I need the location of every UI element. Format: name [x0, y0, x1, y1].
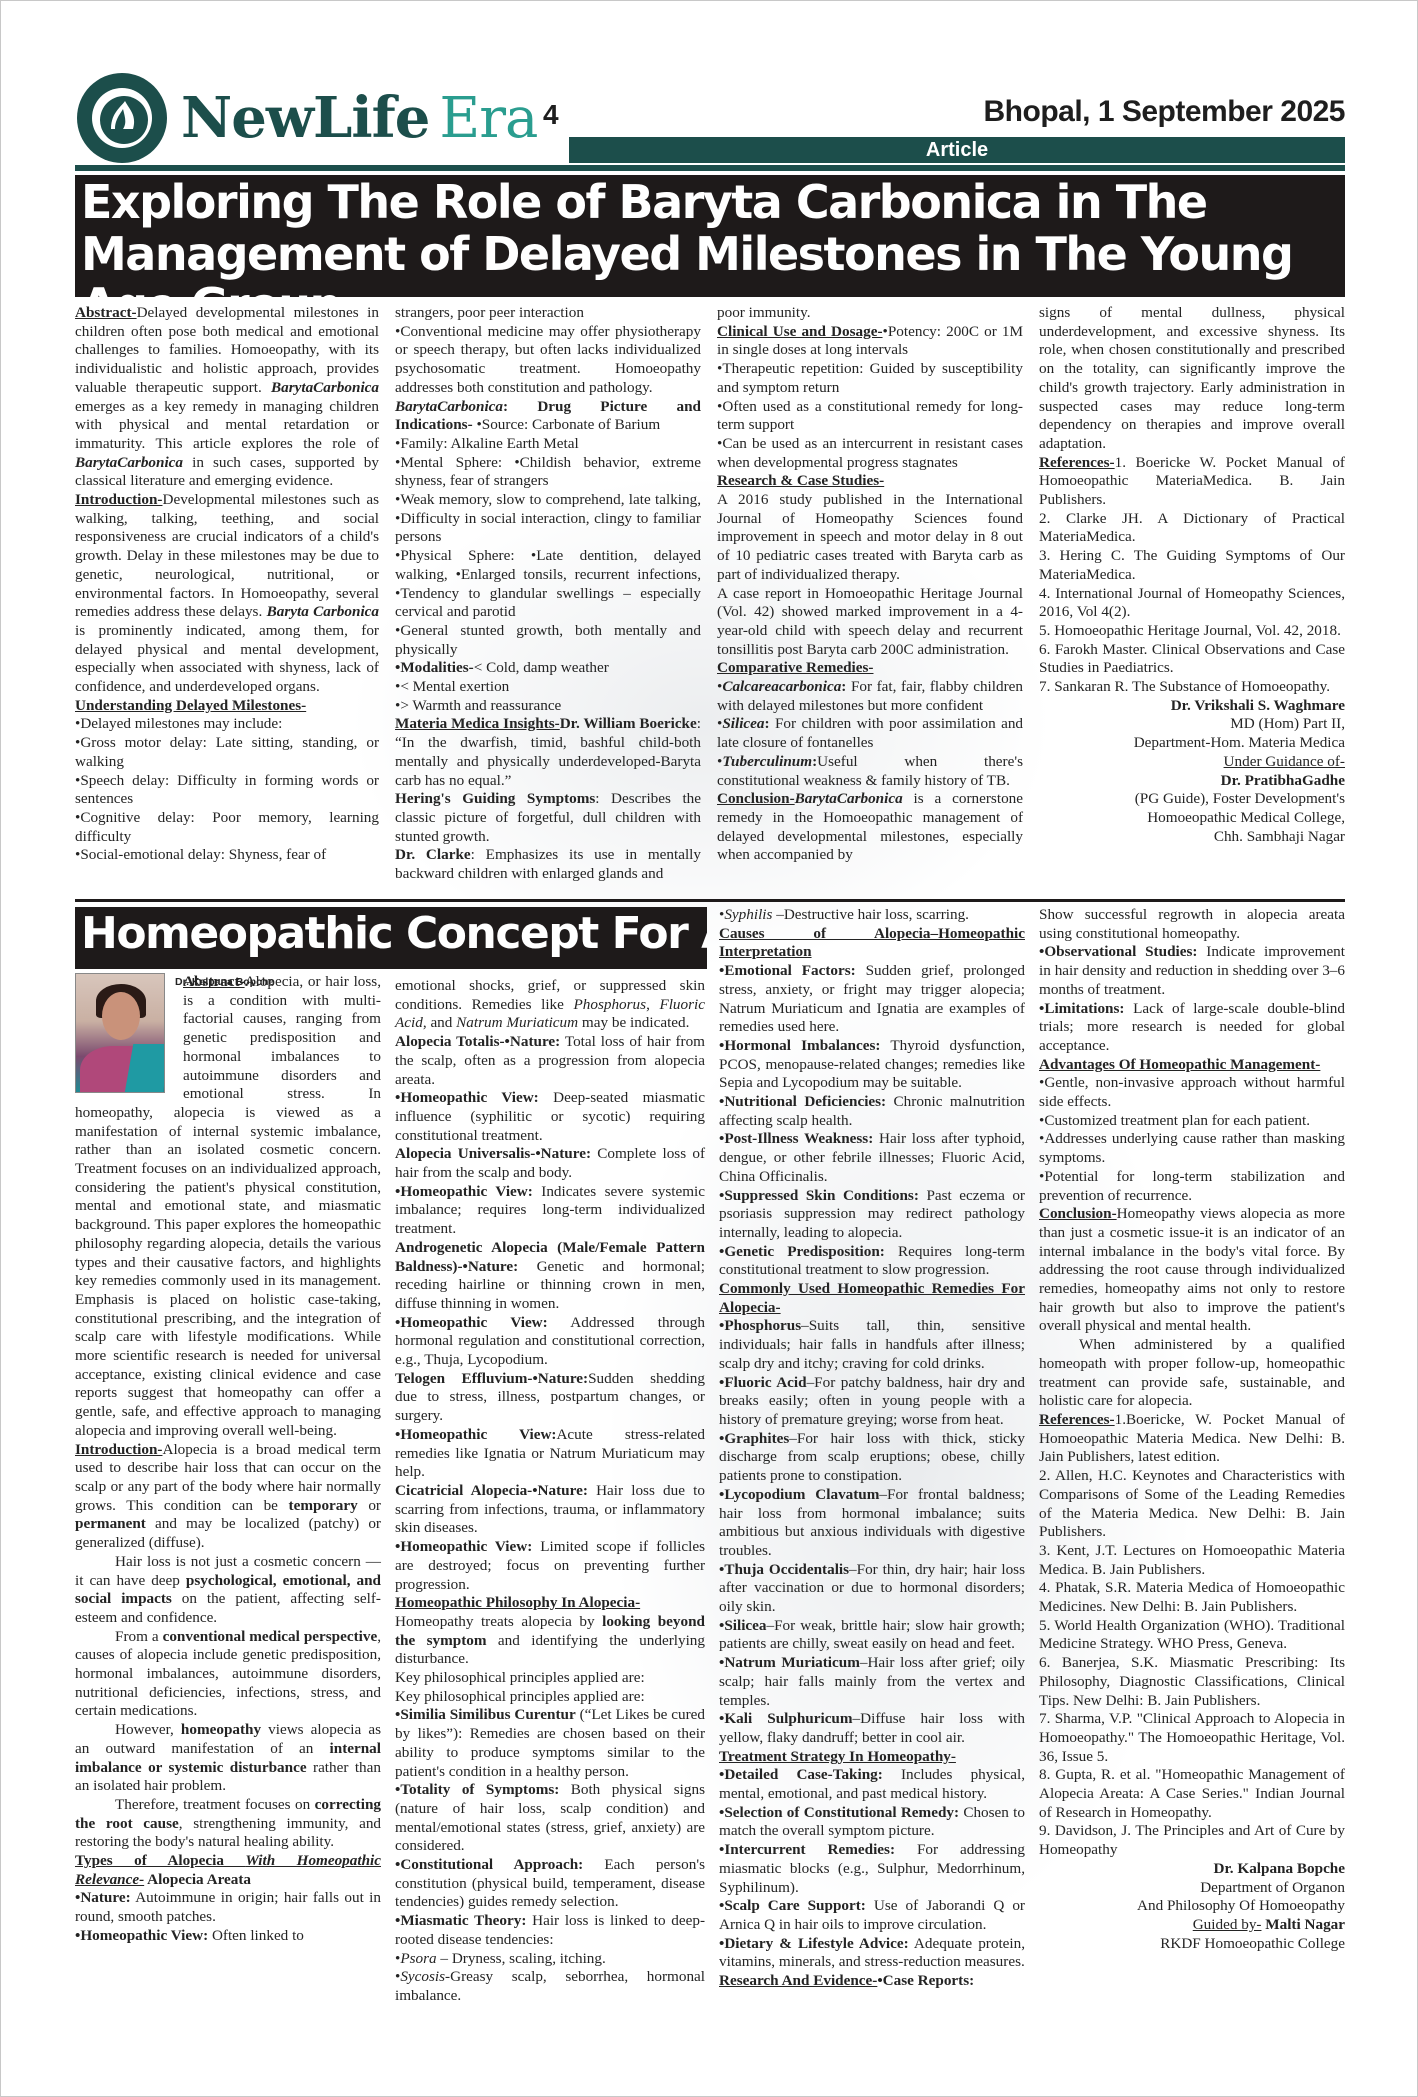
list-item: •Nature: Autoimmune in origin; hair fall… [75, 1889, 381, 1926]
masthead-rule [75, 165, 1345, 171]
research-item: A case report in Homoeopathic Heritage J… [717, 585, 1023, 660]
list-item: •Social-emotional delay: Shyness, fear o… [75, 846, 379, 865]
research-item: •Observational Studies: Indicate improve… [1039, 943, 1345, 999]
reference-item: 5. Homoeopathic Heritage Journal, Vol. 4… [1039, 622, 1345, 641]
paragraph: Therefore, treatment focuses on correcti… [75, 1796, 381, 1852]
strategy-item: •Detailed Case-Taking: Includes physical… [719, 1766, 1025, 1803]
strategy-item: •Intercurrent Remedies: For addressing m… [719, 1841, 1025, 1897]
author-name: Dr. Vrikshali S. Waghmare [1039, 697, 1345, 716]
article2-headline: Homeopathic Concept For Alopecia [75, 907, 707, 969]
paragraph: Hair loss is not just a cosmetic concern… [75, 1553, 381, 1628]
list-item: •Weak memory, slow to comprehend, late t… [395, 491, 701, 547]
modalities: •Modalities-< Cold, damp weather [395, 659, 701, 678]
miasm-item: •Syphilis –Destructive hair loss, scarri… [719, 906, 1025, 925]
continued-text: Show successful regrowth in alopecia are… [1039, 906, 1345, 943]
dateline: Bhopal, 1 September 2025 [984, 95, 1345, 129]
reference-item: 6. Farokh Master. Clinical Observations … [1039, 641, 1345, 678]
paragraph: From a conventional medical perspective,… [75, 1628, 381, 1722]
list-item: •Can be used as an intercurrent in resis… [717, 435, 1023, 472]
paragraph: Homeopathy treats alopecia by looking be… [395, 1613, 705, 1669]
reference-item: 7. Sankaran R. The Substance of Homoeopa… [1039, 678, 1345, 697]
cause-item: •Genetic Predisposition: Requires long-t… [719, 1243, 1025, 1280]
principle-item: •Constitutional Approach: Each person's … [395, 1856, 705, 1912]
reference-item: 7. Sharma, V.P. "Clinical Approach to Al… [1039, 1710, 1345, 1766]
reference-item: 2. Clarke JH. A Dictionary of Practical … [1039, 510, 1345, 547]
research-item: •Limitations: Lack of large-scale double… [1039, 1000, 1345, 1056]
article1-headline: Exploring The Role of Baryta Carbonica i… [75, 175, 1345, 297]
remedy-item: •Kali Sulphuricum–Diffuse hair loss with… [719, 1710, 1025, 1747]
materia-medica-insights: Materia Medica Insights-Dr. William Boer… [395, 715, 701, 790]
list-item: •Customized treatment plan for each pati… [1039, 1112, 1345, 1131]
remedy-item: •Fluoric Acid–For patchy baldness, hair … [719, 1374, 1025, 1430]
paragraph: However, homeopathy views alopecia as an… [75, 1721, 381, 1796]
masthead: NewLifeEra 4 Bhopal, 1 September 2025 Ar… [75, 69, 1345, 169]
list-item: •Physical Sphere: •Late dentition, delay… [395, 547, 701, 622]
strategy-item: •Dietary & Lifestyle Advice: Adequate pr… [719, 1935, 1025, 1972]
type-item: Androgenetic Alopecia (Male/Female Patte… [395, 1239, 705, 1314]
type-view: •Homeopathic View: Addressed through hor… [395, 1314, 705, 1370]
drug-picture-heading: BarytaCarbonica: Drug Picture and Indica… [395, 398, 701, 435]
type-view: •Homeopathic View: Limited scope if foll… [395, 1538, 705, 1594]
article2-column-3: •Syphilis –Destructive hair loss, scarri… [719, 906, 1025, 1991]
type-view: •Homeopathic View:Acute stress-related r… [395, 1426, 705, 1482]
list-item: •Delayed milestones may include: [75, 715, 379, 734]
type-item: Alopecia Totalis-•Nature: Total loss of … [395, 1033, 705, 1089]
guide-city: Chh. Sambhaji Nagar [1039, 828, 1345, 847]
author-photo-block: Dr. Kalpana Bopche [75, 973, 175, 1093]
type-view: •Homeopathic View: Deep-seated miasmatic… [395, 1089, 705, 1145]
author-department: Department-Hom. Materia Medica [1039, 734, 1345, 753]
guide-name: Dr. PratibhaGadhe [1039, 772, 1345, 791]
principle-item: •Miasmatic Theory: Hair loss is linked t… [395, 1912, 705, 1949]
clinical-use: Clinical Use and Dosage-•Potency: 200C o… [717, 323, 1023, 360]
author-department-2: And Philosophy Of Homoeopathy [1039, 1897, 1345, 1916]
cause-item: •Emotional Factors: Sudden grief, prolon… [719, 962, 1025, 1037]
miasm-item: •Psora – Dryness, scaling, itching. [395, 1950, 705, 1969]
author-photo [75, 973, 165, 1093]
hering-paragraph: Hering's Guiding Symptoms: Describes the… [395, 790, 701, 846]
guide-college: Homoeopathic Medical College, [1039, 809, 1345, 828]
type-view: •Homeopathic View: Indicates severe syst… [395, 1183, 705, 1239]
section-label: Article [569, 137, 1345, 163]
list-item: •General stunted growth, both mentally a… [395, 622, 701, 659]
author-department: Department of Organon [1039, 1879, 1345, 1898]
cause-item: •Hormonal Imbalances: Thyroid dysfunctio… [719, 1037, 1025, 1093]
section-heading: Advantages Of Homeopathic Management- [1039, 1056, 1345, 1075]
article2-column-4: Show successful regrowth in alopecia are… [1039, 906, 1345, 1953]
continued-text: signs of mental dullness, physical under… [1039, 304, 1345, 454]
article1-column-2: strangers, poor peer interaction •Conven… [395, 304, 701, 884]
list-item: •Therapeutic repetition: Guided by susce… [717, 360, 1023, 397]
reference-item: 3. Kent, J.T. Lectures on Homoeopathic M… [1039, 1542, 1345, 1579]
introduction-paragraph: Introduction-Developmental milestones su… [75, 491, 379, 697]
reference-item: 2. Allen, H.C. Keynotes and Characterist… [1039, 1467, 1345, 1542]
continued-text: poor immunity. [717, 304, 1023, 323]
list-item: •Gross motor delay: Late sitting, standi… [75, 734, 379, 771]
list-item: •Mental Sphere: •Childish behavior, extr… [395, 454, 701, 491]
principle-item: •Totality of Symptoms: Both physical sig… [395, 1781, 705, 1856]
reference-item: 5. World Health Organization (WHO). Trad… [1039, 1617, 1345, 1654]
strategy-item: •Scalp Care Support: Use of Jaborandi Q … [719, 1897, 1025, 1934]
list-item: •> Warmth and reassurance [395, 697, 701, 716]
leaf-in-circle-icon [75, 71, 169, 165]
guidance-label: Under Guidance of- [1039, 753, 1345, 772]
brand-primary: NewLife [181, 85, 429, 151]
list-item: •< Mental exertion [395, 678, 701, 697]
reference-item: 3. Hering C. The Guiding Symptoms of Our… [1039, 547, 1345, 584]
reference-item: 6. Banerjea, S.K. Miasmatic Prescribing:… [1039, 1654, 1345, 1710]
list-item: •Speech delay: Difficulty in forming wor… [75, 772, 379, 809]
strategy-item: •Selection of Constitutional Remedy: Cho… [719, 1804, 1025, 1841]
comparative-item: •Calcareacarbonica: For fat, fair, flabb… [717, 678, 1023, 715]
reference-item: 9. Davidson, J. The Principles and Art o… [1039, 1822, 1345, 1859]
remedy-item: •Lycopodium Clavatum–For frontal baldnes… [719, 1486, 1025, 1561]
article1-column-4: signs of mental dullness, physical under… [1039, 304, 1345, 846]
reference-item: 8. Gupta, R. et al. "Homeopathic Managem… [1039, 1766, 1345, 1822]
reference-item: 4. International Journal of Homeopathy S… [1039, 585, 1345, 622]
paragraph: Key philosophical principles applied are… [395, 1669, 705, 1688]
continued-text: emotional shocks, grief, or suppressed s… [395, 977, 705, 1033]
author-name: Dr. Kalpana Bopche [1039, 1860, 1345, 1879]
newspaper-page: NewLifeEra 4 Bhopal, 1 September 2025 Ar… [0, 0, 1418, 2097]
introduction-paragraph: Introduction-Alopecia is a broad medical… [75, 1441, 381, 1553]
principle-item: •Similia Similibus Curentur (“Let Likes … [395, 1706, 705, 1781]
list-item: •Potential for long-term stabilization a… [1039, 1168, 1345, 1205]
section-heading: Comparative Remedies- [717, 659, 1023, 678]
section-heading: Homeopathic Philosophy In Alopecia- [395, 1594, 705, 1613]
clarke-paragraph: Dr. Clarke: Emphasizes its use in mental… [395, 846, 701, 883]
section-heading: Research & Case Studies- [717, 472, 1023, 491]
list-item: •Cognitive delay: Poor memory, learning … [75, 809, 379, 846]
cause-item: •Post-Illness Weakness: Hair loss after … [719, 1130, 1025, 1186]
section-heading: Commonly Used Homeopathic Remedies For A… [719, 1280, 1025, 1317]
comparative-item: •Tuberculinum:Useful when there's consti… [717, 753, 1023, 790]
list-item: •Gentle, non-invasive approach without h… [1039, 1074, 1345, 1111]
reference-item: 4. Phatak, S.R. Materia Medica of Homoeo… [1039, 1579, 1345, 1616]
guide-role: (PG Guide), Foster Development's [1039, 790, 1345, 809]
article2-column-2: emotional shocks, grief, or suppressed s… [395, 977, 705, 2006]
page-number: 4 [543, 99, 559, 131]
types-heading: Types of Alopecia With Homeopathic Relev… [75, 1852, 381, 1889]
remedy-item: •Natrum Muriaticum–Hair loss after grief… [719, 1654, 1025, 1710]
list-item: •Family: Alkaline Earth Metal [395, 435, 701, 454]
comparative-item: •Silicea: For children with poor assimil… [717, 715, 1023, 752]
conclusion-paragraph: Conclusion-Homeopathy views alopecia as … [1039, 1205, 1345, 1336]
paragraph: Key philosophical principles applied are… [395, 1688, 705, 1707]
article1-column-1: Abstract-Delayed developmental milestone… [75, 304, 379, 865]
brand-name: NewLifeEra [181, 85, 537, 151]
guided-by: Guided by- Malti Nagar [1039, 1916, 1345, 1935]
remedy-item: •Silicea–For weak, brittle hair; slow ha… [719, 1617, 1025, 1654]
abstract-paragraph: Abstract-Delayed developmental milestone… [75, 304, 379, 491]
remedy-item: •Graphites–For hair loss with thick, sti… [719, 1430, 1025, 1486]
research-item: A 2016 study published in the Internatio… [717, 491, 1023, 585]
type-item: Telogen Effluvium-•Nature:Sudden sheddin… [395, 1370, 705, 1426]
section-heading: Treatment Strategy In Homeopathy- [719, 1748, 1025, 1767]
closing-paragraph: When administered by a qualified homeopa… [1039, 1336, 1345, 1411]
article2-column-1: Dr. Kalpana Bopche Abstract-Alopecia, or… [75, 973, 381, 1946]
guide-college: RKDF Homoeopathic College [1039, 1935, 1345, 1954]
cause-item: •Nutritional Deficiencies: Chronic malnu… [719, 1093, 1025, 1130]
list-item: •Homeopathic View: Often linked to [75, 1927, 381, 1946]
list-item: •Conventional medicine may offer physiot… [395, 323, 701, 398]
section-heading: Causes of Alopecia–Homeopathic Interpret… [719, 925, 1025, 962]
miasm-item: •Sycosis-Greasy scalp, seborrhea, hormon… [395, 1968, 705, 2005]
cause-item: •Suppressed Skin Conditions: Past eczema… [719, 1187, 1025, 1243]
references-first: References-1.Boericke, W. Pocket Manual … [1039, 1411, 1345, 1467]
section-heading: Understanding Delayed Milestones- [75, 697, 379, 716]
type-item: Cicatricial Alopecia-•Nature: Hair loss … [395, 1482, 705, 1538]
type-item: Alopecia Universalis-•Nature: Complete l… [395, 1145, 705, 1182]
author-degree: MD (Hom) Part II, [1039, 715, 1345, 734]
references-first: References-1. Boericke W. Pocket Manual … [1039, 454, 1345, 510]
article-divider [75, 899, 1345, 902]
continued-text: strangers, poor peer interaction [395, 304, 701, 323]
research-heading: Research And Evidence-•Case Reports: [719, 1972, 1025, 1991]
article1-column-3: poor immunity. Clinical Use and Dosage-•… [717, 304, 1023, 865]
conclusion-paragraph: Conclusion-BarytaCarbonica is a cornerst… [717, 790, 1023, 865]
remedy-item: •Phosphorus–Suits tall, thin, sensitive … [719, 1317, 1025, 1373]
brand-secondary: Era [439, 86, 537, 151]
list-item: •Often used as a constitutional remedy f… [717, 398, 1023, 435]
list-item: •Addresses underlying cause rather than … [1039, 1130, 1345, 1167]
remedy-item: •Thuja Occidentalis–For thin, dry hair; … [719, 1561, 1025, 1617]
